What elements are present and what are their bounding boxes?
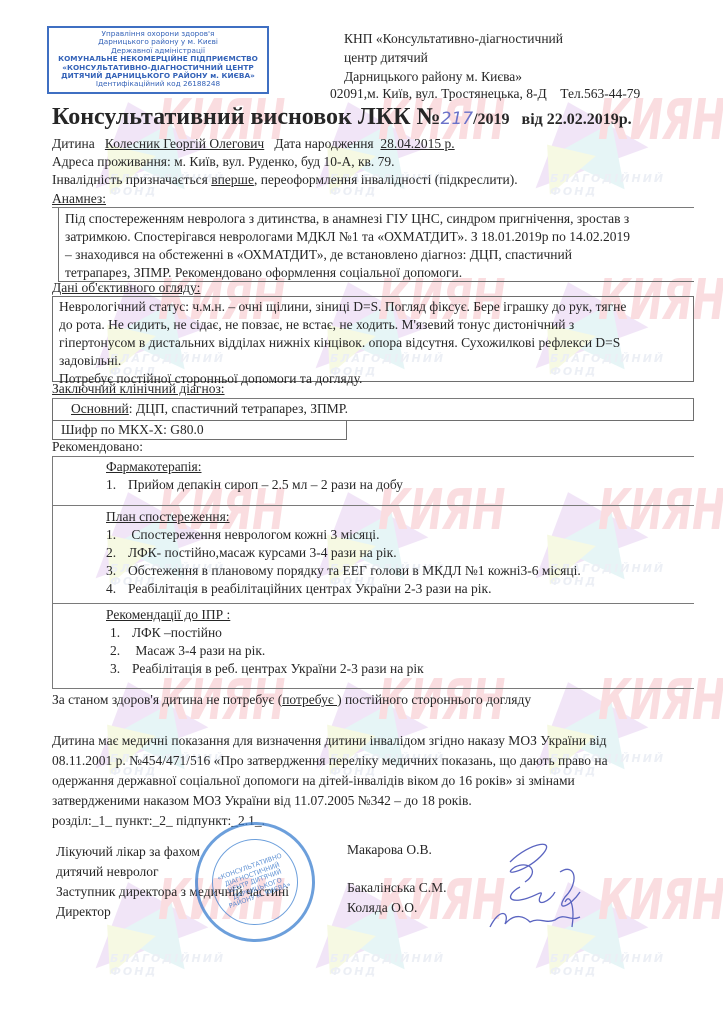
ipr-section: Рекомендації до ІПР : 1.ЛФК –постійно 2.… <box>106 606 424 678</box>
divider <box>52 456 53 688</box>
care-suffix: ) постійного стороннього догляду <box>337 692 531 707</box>
anamnesis-box: Під спостереженням невролога з дитинства… <box>58 208 694 282</box>
observation-plan-label: План спостереження: <box>106 508 581 526</box>
child-name: Колесник Георгій Олегович <box>105 136 264 151</box>
pharmacotherapy-section: Фармакотерапія: 1.Прийом депакін сироп –… <box>106 458 403 494</box>
observation-plan-section: План спостереження: 1. Спостереження нев… <box>106 508 581 598</box>
main-diagnosis-label: Основний <box>71 401 129 416</box>
indication-line: затвердженими наказом МОЗ України від 11… <box>52 791 608 811</box>
dob-label: Дата народження <box>274 136 373 151</box>
signer-name: Макарова О.В. <box>347 842 432 858</box>
stamp-line: Ідентифікаційний код 26188248 <box>49 80 267 88</box>
organization-header: КНП «Консультативно-діагностичний центр … <box>344 29 563 86</box>
pharmacotherapy-label: Фармакотерапія: <box>106 458 403 476</box>
indication-line: 08.11.2001 р. №454/471/516 «Про затвердж… <box>52 751 608 771</box>
document-page: Управління охорони здоров'я Дарницького … <box>0 0 723 1024</box>
list-item: 3.Обстеження в плановому порядку та ЕЕГ … <box>106 562 581 580</box>
list-item: 1.ЛФК –постійно <box>106 624 424 642</box>
list-item: 1.Прийом депакін сироп – 2.5 мл – 2 рази… <box>106 476 403 494</box>
list-item-text: Реабілітація в реабілітаційних центрах У… <box>128 581 491 596</box>
list-item: 1. Спостереження неврологом кожні 3 міся… <box>106 526 581 544</box>
ipr-label: Рекомендації до ІПР : <box>106 606 424 624</box>
dob-value: 28.04.2015 р. <box>380 136 454 151</box>
disability-line: Інвалідність призначається вперше, перео… <box>52 172 518 188</box>
handwritten-number: 217 <box>441 109 473 129</box>
patient-line: Дитина Колесник Георгій Олегович Дата на… <box>52 136 455 152</box>
divider <box>52 456 694 457</box>
list-item-text: Прийом депакін сироп – 2.5 мл – 2 рази н… <box>128 477 403 492</box>
exam-label: Дані об'єктивного огляду: <box>52 280 200 296</box>
title-text: Консультативний висновок ЛКК № <box>52 104 441 130</box>
section-line: розділ:_1_ пункт:_2_ підпункт:_2.1_. <box>52 811 608 831</box>
signature-scribble <box>470 832 600 942</box>
care-underlined: потребує <box>282 692 337 707</box>
divider <box>52 603 694 604</box>
care-statement: За станом здоров'я дитина не потребує (п… <box>52 692 531 708</box>
care-prefix: За станом здоров'я дитина не потребує ( <box>52 692 282 707</box>
anamnesis-line: – знаходився на обстеженні в «ОХМАТДИТ»,… <box>65 246 688 264</box>
disability-suffix: , переоформлення інвалідності (підкресли… <box>254 172 518 187</box>
signer-name: Коляда О.О. <box>347 900 417 916</box>
indication-line: Дитина має медичні показання для визначе… <box>52 731 608 751</box>
anamnesis-label: Анамнез: <box>52 191 106 207</box>
list-item-text: Масаж 3-4 рази на рік. <box>132 643 265 658</box>
list-item-text: ЛФК- постійно,масаж курсами 3-4 рази на … <box>128 545 397 560</box>
child-label: Дитина <box>52 136 95 151</box>
exam-line: Неврологічний статус: ч.м.н. – очні щіли… <box>59 298 687 316</box>
diagnosis-label: Заключний клінічний діагноз: <box>52 381 225 397</box>
document-title: Консультативний висновок ЛКК №217/2019 в… <box>52 104 632 131</box>
recommended-label: Рекомендовано: <box>52 439 143 455</box>
list-item: 2.ЛФК- постійно,масаж курсами 3-4 рази н… <box>106 544 581 562</box>
signer-name: Бакалінська С.М. <box>347 880 447 896</box>
anamnesis-line: затримкою. Спостерігався неврологами МДК… <box>65 228 688 246</box>
institution-stamp: Управління охорони здоров'я Дарницького … <box>47 26 269 94</box>
list-item: 2. Масаж 3-4 рази на рік. <box>106 642 424 660</box>
indications-paragraph: Дитина має медичні показання для визначе… <box>52 731 608 831</box>
org-line: Дарницького району м. Києва» <box>344 67 563 86</box>
list-item-text: Реабілітація в реб. центрах України 2-3 … <box>132 661 424 676</box>
exam-line: задовільні. <box>59 352 687 370</box>
divider <box>52 688 694 689</box>
patient-address: Адреса проживання: м. Київ, вул. Руденко… <box>52 154 395 170</box>
org-address: 02091,м. Київ, вул. Тростянецька, 8-Д Те… <box>330 86 640 102</box>
seal-text: «КОНСУЛЬТАТИВНО ДІАГНОСТИЧНИЙ ЦЕНТР ДИТЯ… <box>216 852 295 911</box>
org-line: КНП «Консультативно-діагностичний <box>344 29 563 48</box>
org-line: центр дитячий <box>344 48 563 67</box>
disability-prefix: Інвалідність призначається <box>52 172 208 187</box>
icd-code-box: Шифр по МКХ-Х: G80.0 <box>52 420 347 440</box>
list-item: 3.Реабілітація в реб. центрах України 2-… <box>106 660 424 678</box>
exam-line: до рота. Не сидить, не сідає, не повзає,… <box>59 316 687 334</box>
title-date: від 22.02.2019р. <box>522 111 632 128</box>
divider <box>52 505 694 506</box>
list-item-text: Спостереження неврологом кожні 3 місяці. <box>128 527 379 542</box>
title-year: /2019 <box>473 111 509 128</box>
indication-line: одержання державної соціальної допомоги … <box>52 771 608 791</box>
list-item-text: ЛФК –постійно <box>132 625 222 640</box>
list-item: 4.Реабілітація в реабілітаційних центрах… <box>106 580 581 598</box>
exam-line: гіпертонусом в дистальних відділах нижні… <box>59 334 687 352</box>
main-diagnosis-box: Основний: ДЦП, спастичний тетрапарез, ЗП… <box>52 399 694 421</box>
main-diagnosis-text: : ДЦП, спастичний тетрапарез, ЗПМР. <box>129 401 348 416</box>
exam-box: Неврологічний статус: ч.м.н. – очні щіли… <box>52 296 694 382</box>
anamnesis-line: Під спостереженням невролога з дитинства… <box>65 210 688 228</box>
list-item-text: Обстеження в плановому порядку та ЕЕГ го… <box>128 563 581 578</box>
disability-first: вперше <box>211 172 254 187</box>
